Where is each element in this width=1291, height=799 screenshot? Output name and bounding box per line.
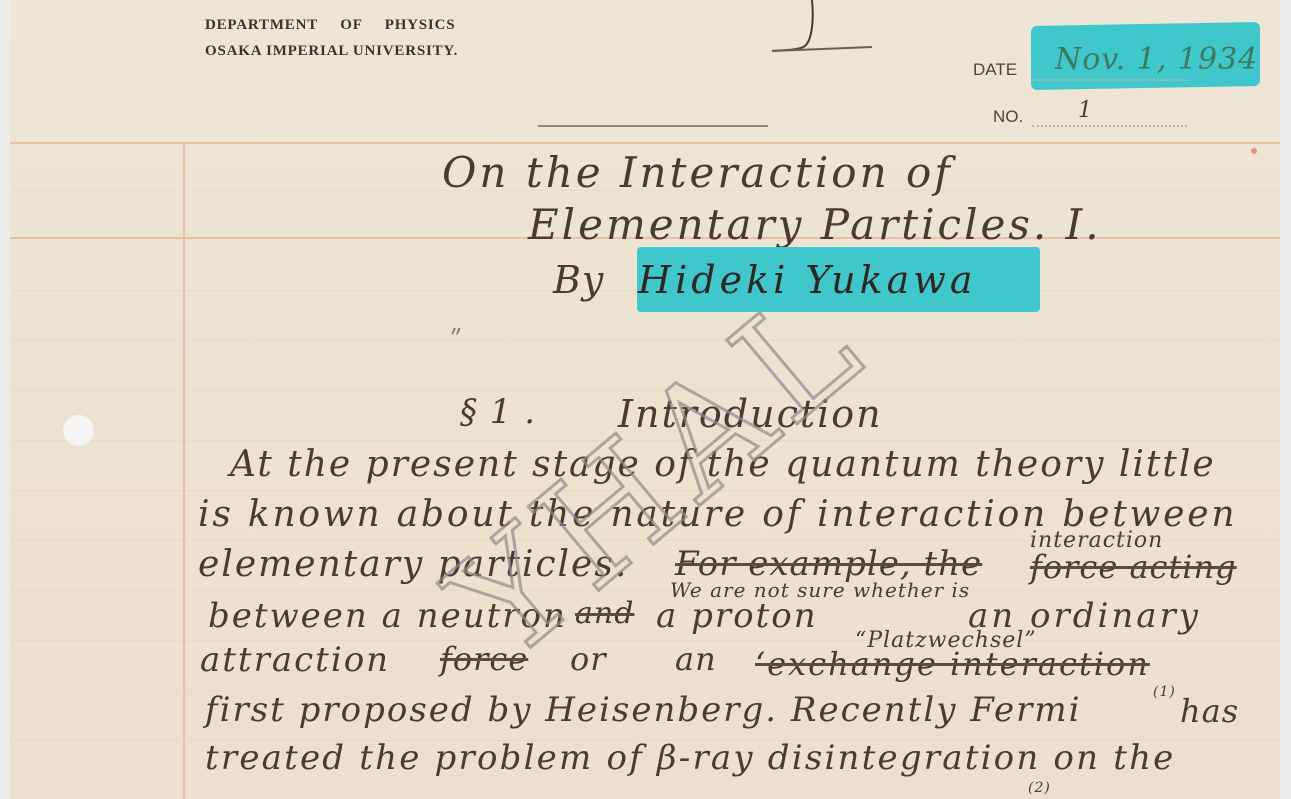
struck-force-acting: force acting	[1030, 548, 1237, 586]
body-an: an	[675, 640, 717, 678]
letterhead: DEPARTMENT OF PHYSICS OSAKA IMPERIAL UNI…	[205, 12, 458, 64]
footnote-1: (1)	[1153, 684, 1176, 700]
struck-exchange-interaction: ‘exchange interaction	[755, 645, 1150, 683]
pen-stroke-mark	[770, 0, 875, 55]
faint-rule	[10, 440, 1280, 441]
title-line-2: Elementary Particles. I.	[528, 200, 1102, 249]
date-label: DATE	[973, 60, 1017, 80]
author-by: By	[553, 258, 604, 302]
body-a-proton: a proton	[656, 596, 818, 636]
footnote-2: (2)	[1028, 780, 1051, 796]
body-line-7: treated the problem of β-ray disintegrat…	[205, 738, 1176, 778]
body-line-6: first proposed by Heisenberg. Recently F…	[205, 690, 1081, 730]
number-dotted-line	[1032, 125, 1187, 127]
manuscript-page: DEPARTMENT OF PHYSICS OSAKA IMPERIAL UNI…	[10, 0, 1280, 799]
red-dot-mark	[1251, 148, 1257, 154]
author-name: Hideki Yukawa	[638, 258, 976, 302]
body-line-1: At the present stage of the quantum theo…	[230, 444, 1216, 485]
body-line-4: between a neutron	[208, 596, 567, 636]
punch-hole	[63, 415, 94, 446]
body-or: or	[570, 640, 607, 678]
number-label: NO.	[993, 107, 1023, 127]
letterhead-department: DEPARTMENT OF PHYSICS	[205, 12, 458, 38]
number-value: 1	[1078, 98, 1093, 123]
body-line-5: attraction	[200, 640, 390, 680]
scan-edge-right	[1280, 0, 1291, 799]
struck-and: and	[575, 596, 634, 631]
date-value: Nov. 1, 1934	[1055, 42, 1258, 77]
body-has: has	[1180, 692, 1239, 730]
struck-force: force	[440, 640, 528, 678]
faint-rule	[10, 490, 1280, 491]
faint-rule	[10, 340, 1280, 341]
section-number: § 1 .	[460, 392, 536, 432]
faint-rule	[10, 390, 1280, 391]
faint-rule	[10, 590, 1280, 591]
body-line-3: elementary particles.	[198, 544, 628, 585]
red-margin-rule	[183, 143, 185, 799]
date-dotted-line	[1032, 79, 1187, 81]
printed-line	[538, 125, 768, 127]
red-header-rule	[10, 142, 1280, 144]
letterhead-university: OSAKA IMPERIAL UNIVERSITY.	[205, 38, 458, 64]
scan-edge-left	[0, 0, 10, 799]
title-line-1: On the Interaction of	[442, 148, 953, 197]
ditto-mark: ʺ	[450, 326, 463, 356]
section-heading: Introduction	[618, 392, 883, 436]
